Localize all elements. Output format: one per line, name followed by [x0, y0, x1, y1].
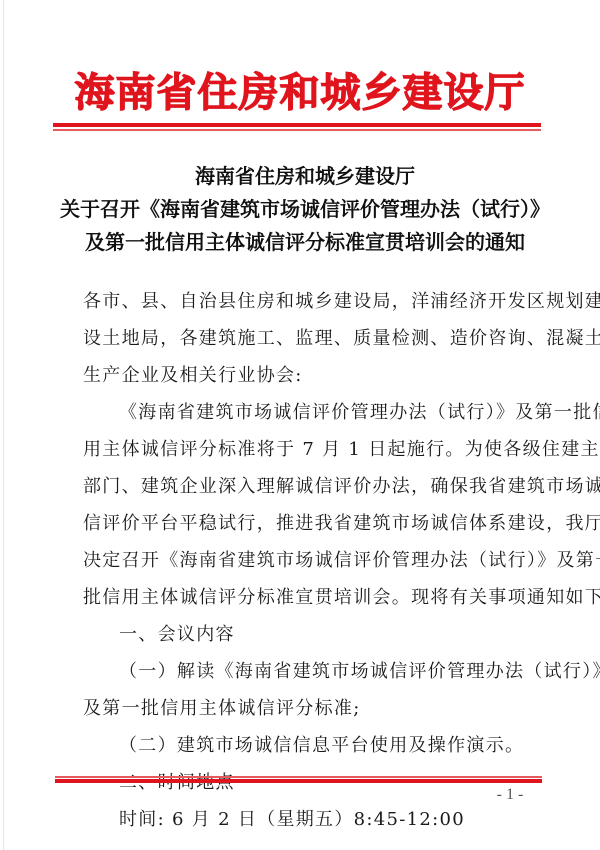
- notice-body: 各市、县、自治县住房和城乡建设局，洋浦经济开发区规划建 设土地局，各建筑施工、监…: [83, 283, 528, 838]
- item-2-line: （二）建筑市场诚信信息平台使用及操作演示。: [83, 727, 528, 764]
- letterhead-title: 海南省住房和城乡建设厅: [0, 70, 600, 116]
- footer-red-rule: [55, 776, 542, 783]
- addressee-line-1: 各市、县、自治县住房和城乡建设局，洋浦经济开发区规划建: [83, 283, 528, 320]
- paragraph-line: 决定召开《海南省建筑市场诚信评价管理办法（试行）》及第一: [83, 542, 528, 579]
- addressee-line-3: 生产企业及相关行业协会:: [83, 357, 528, 394]
- addressee-line-2: 设土地局，各建筑施工、监理、质量检测、造价咨询、混凝土: [83, 320, 528, 357]
- item-1-line: （一）解读《海南省建筑市场诚信评价管理办法（试行）》: [83, 653, 528, 690]
- item-1-line: 及第一批信用主体诚信评分标准;: [83, 690, 528, 727]
- time-line: 时间: 6 月 2 日（星期五）8:45-12:00: [83, 801, 528, 838]
- letterhead-red-rule: [53, 123, 541, 131]
- page-number: - 1 -: [480, 786, 540, 804]
- scan-edge-line: [3, 0, 4, 850]
- notice-title-line-2: 关于召开《海南省建筑市场诚信评价管理办法（试行）》: [60, 193, 550, 226]
- paragraph-line: 《海南省建筑市场诚信评价管理办法（试行）》及第一批信: [83, 394, 528, 431]
- red-rule-thick: [55, 779, 542, 783]
- red-rule-thin: [53, 129, 541, 131]
- paragraph-line: 信评价平台平稳试行，推进我省建筑市场诚信体系建设，我厅: [83, 505, 528, 542]
- notice-title-line-3: 及第一批信用主体诚信评分标准宣贯培训会的通知: [60, 226, 550, 259]
- paragraph-line: 用主体诚信评分标准将于 7 月 1 日起施行。为使各级住建主管: [83, 431, 528, 468]
- paragraph-line: 批信用主体诚信评分标准宣贯培训会。现将有关事项通知如下:: [83, 579, 528, 616]
- notice-title: 海南省住房和城乡建设厅 关于召开《海南省建筑市场诚信评价管理办法（试行）》 及第…: [60, 160, 550, 259]
- section-heading-meeting-content: 一、会议内容: [83, 616, 528, 653]
- paragraph-line: 部门、建筑企业深入理解诚信评价办法，确保我省建筑市场诚: [83, 468, 528, 505]
- notice-title-line-1: 海南省住房和城乡建设厅: [60, 160, 550, 193]
